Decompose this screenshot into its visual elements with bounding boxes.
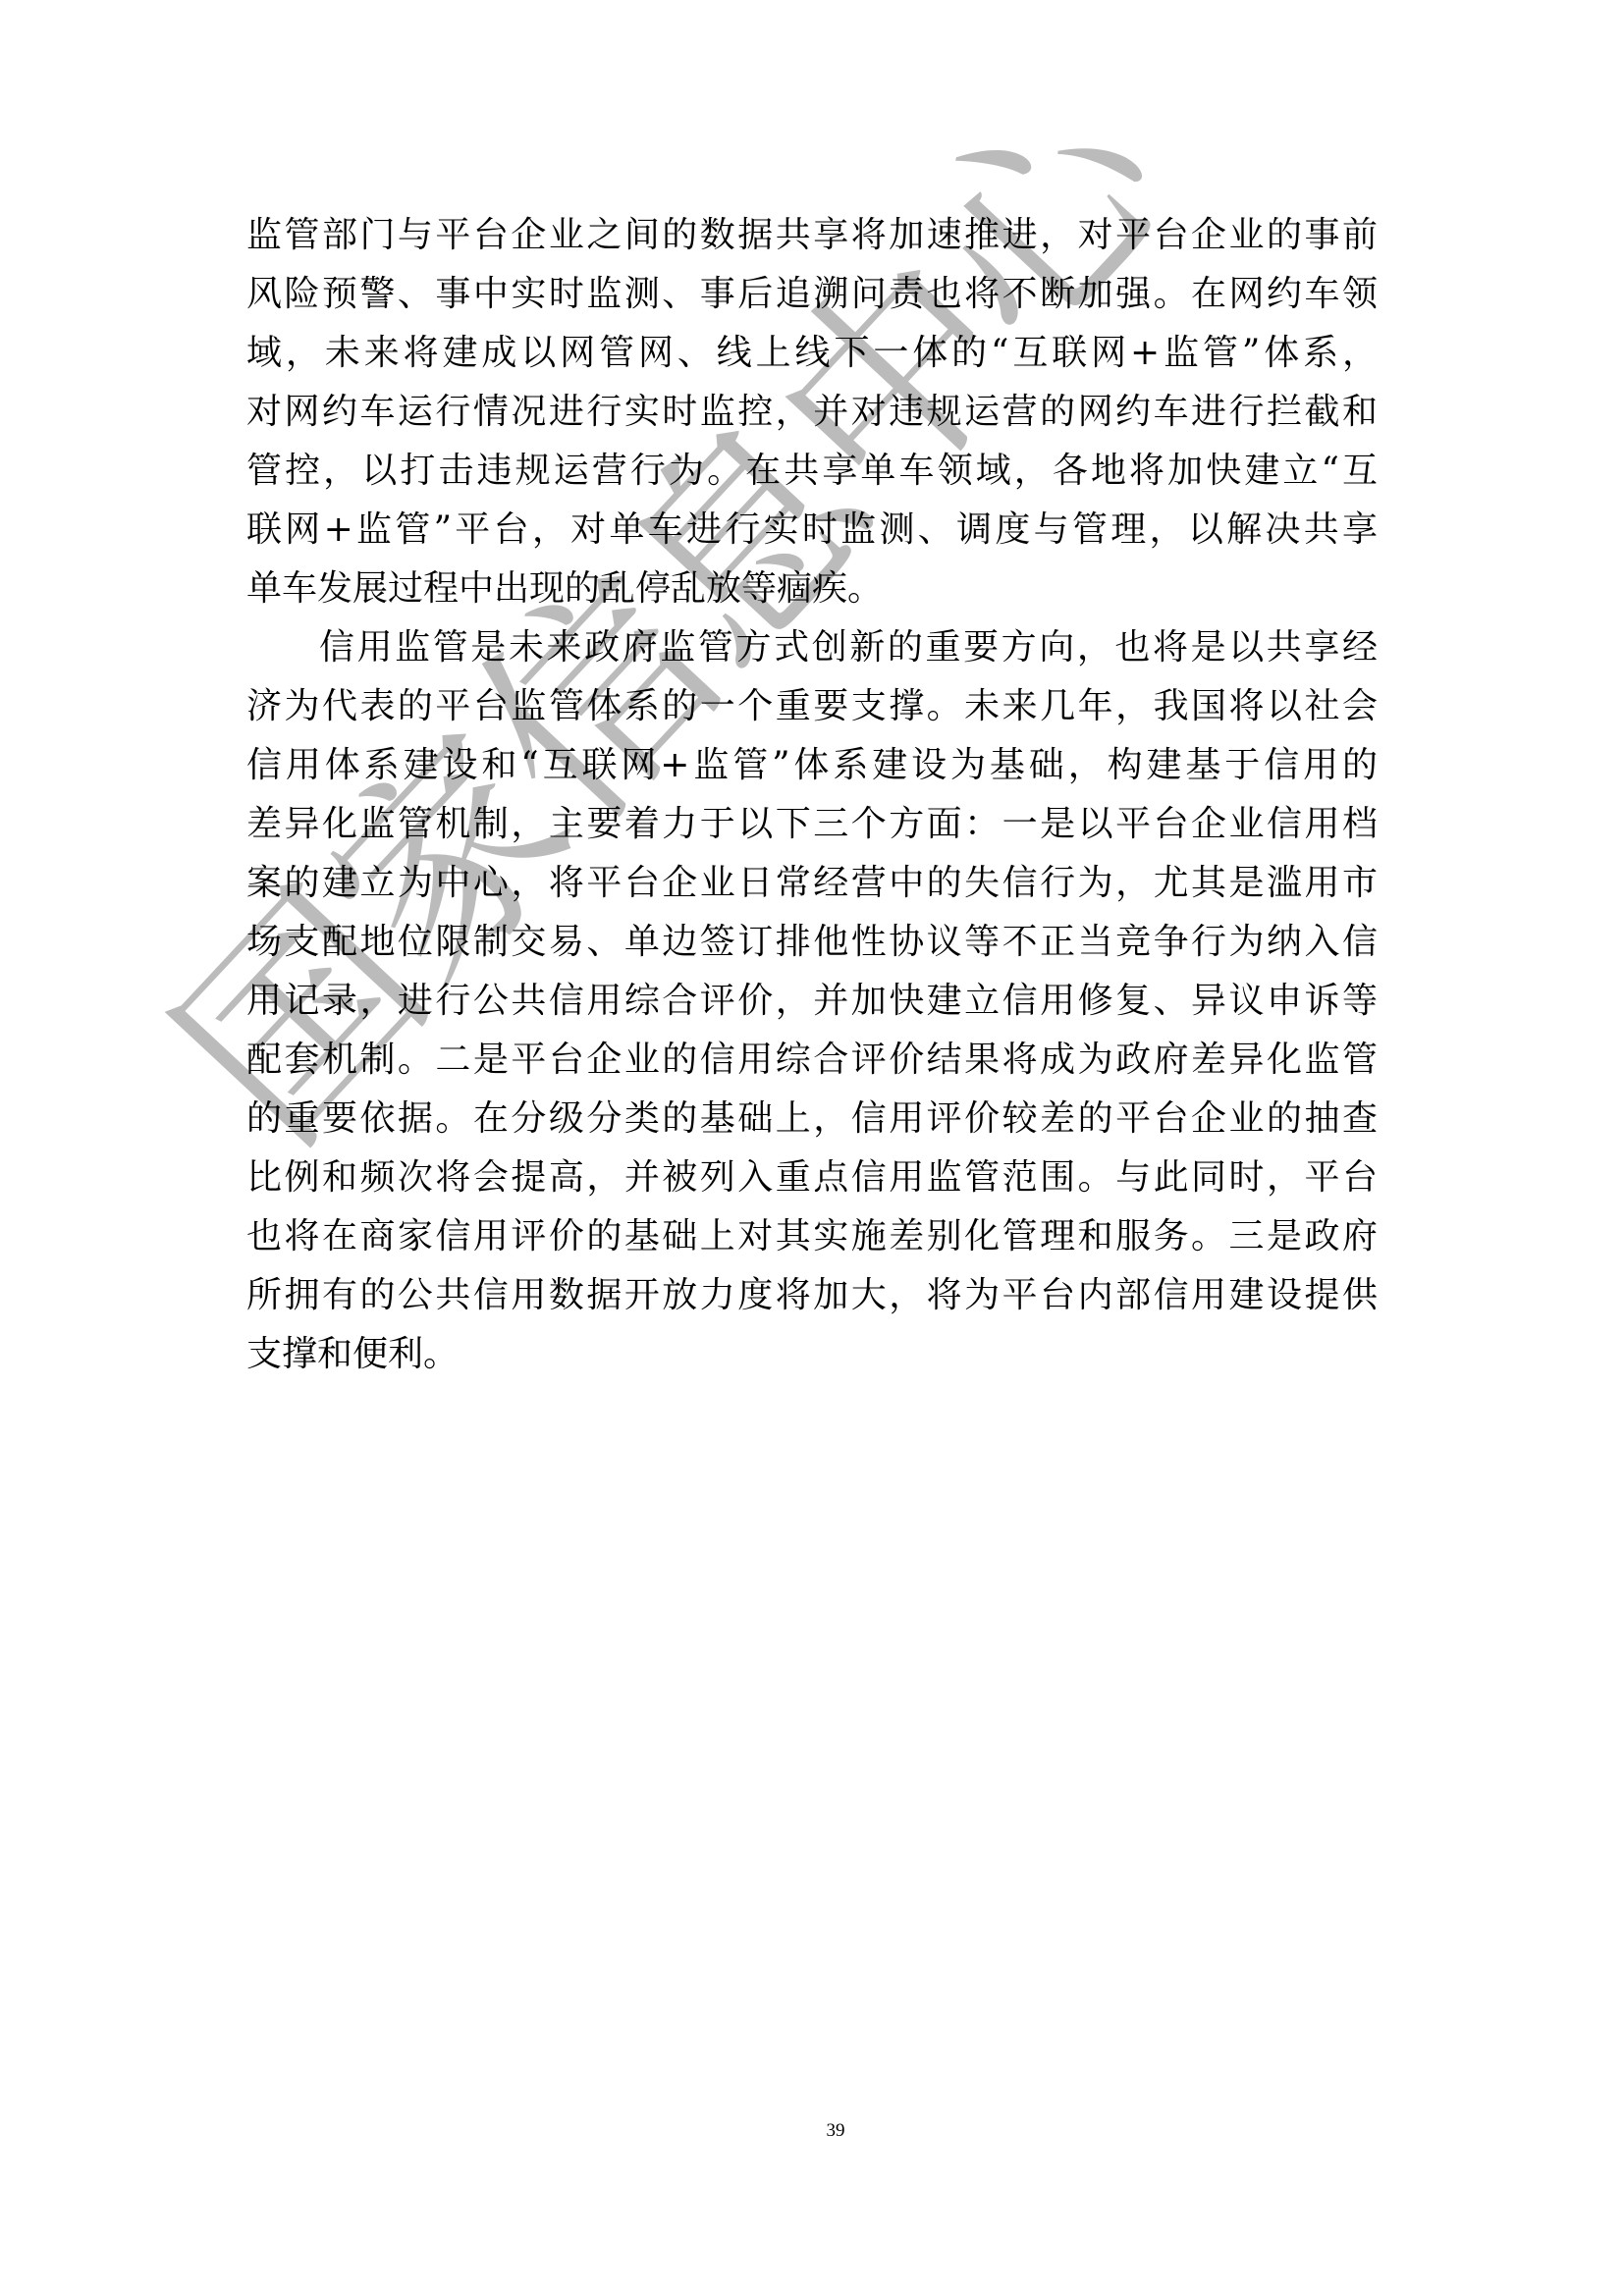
text-line: 济为代表的平台监管体系的一个重要支撑。未来几年，我国将以社会 <box>246 677 1378 736</box>
page-number: 39 <box>811 2120 860 2142</box>
text-line: 差异化监管机制，主要着力于以下三个方面：一是以平台企业信用档 <box>246 795 1378 854</box>
text-line: 案的建立为中心，将平台企业日常经营中的失信行为，尤其是滥用市 <box>246 854 1378 913</box>
paragraph-2: 信用监管是未来政府监管方式创新的重要方向，也将是以共享经 济为代表的平台监管体系… <box>246 618 1378 1384</box>
text-line: 配套机制。二是平台企业的信用综合评价结果将成为政府差异化监管 <box>246 1031 1378 1090</box>
text-line: 对网约车运行情况进行实时监控，并对违规运营的网约车进行拦截和 <box>246 383 1378 442</box>
text-line: 比例和频次将会提高，并被列入重点信用监管范围。与此同时，平台 <box>246 1148 1378 1207</box>
document-page: 国家信息中心 监管部门与平台企业之间的数据共享将加速推进，对平台企业的事前 风险… <box>0 0 1624 2296</box>
text-line: 单车发展过程中出现的乱停乱放等痼疾。 <box>246 560 1378 618</box>
text-line: 联网+监管”平台，对单车进行实时监测、调度与管理，以解决共享 <box>246 501 1378 560</box>
text-line: 管控，以打击违规运营行为。在共享单车领域，各地将加快建立“互 <box>246 442 1378 501</box>
body-text: 监管部门与平台企业之间的数据共享将加速推进，对平台企业的事前 风险预警、事中实时… <box>246 206 1378 1384</box>
text-line: 的重要依据。在分级分类的基础上，信用评价较差的平台企业的抽查 <box>246 1090 1378 1148</box>
text-line: 信用监管是未来政府监管方式创新的重要方向，也将是以共享经 <box>246 618 1378 677</box>
text-line: 信用体系建设和“互联网+监管”体系建设为基础，构建基于信用的 <box>246 736 1378 795</box>
paragraph-1: 监管部门与平台企业之间的数据共享将加速推进，对平台企业的事前 风险预警、事中实时… <box>246 206 1378 618</box>
text-line: 域，未来将建成以网管网、线上线下一体的“互联网+监管”体系， <box>246 324 1378 383</box>
text-line: 监管部门与平台企业之间的数据共享将加速推进，对平台企业的事前 <box>246 206 1378 265</box>
text-line: 场支配地位限制交易、单边签订排他性协议等不正当竞争行为纳入信 <box>246 913 1378 972</box>
text-line: 也将在商家信用评价的基础上对其实施差别化管理和服务。三是政府 <box>246 1207 1378 1266</box>
text-line: 支撑和便利。 <box>246 1325 1378 1384</box>
text-line: 所拥有的公共信用数据开放力度将加大，将为平台内部信用建设提供 <box>246 1266 1378 1325</box>
text-line: 用记录，进行公共信用综合评价，并加快建立信用修复、异议申诉等 <box>246 972 1378 1031</box>
text-line: 风险预警、事中实时监测、事后追溯问责也将不断加强。在网约车领 <box>246 265 1378 324</box>
